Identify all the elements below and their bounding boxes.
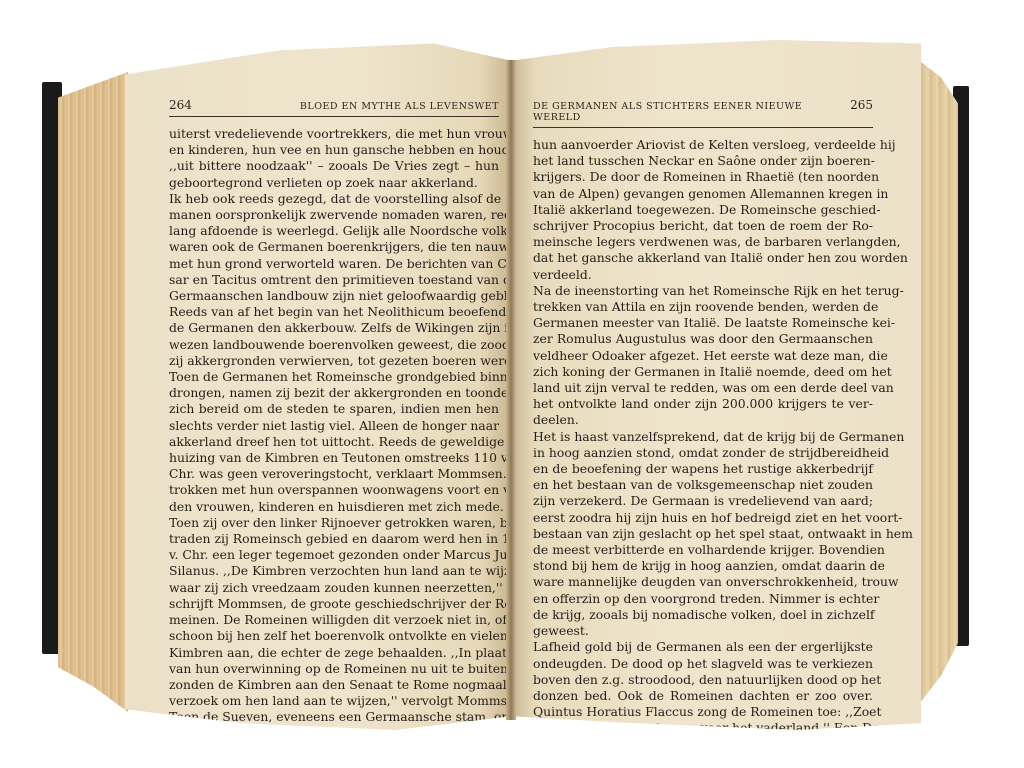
text-line: den vrouwen, kinderen en huisdieren met … (169, 499, 499, 515)
text-line: waren ook de Germanen boerenkrijgers, di… (169, 239, 499, 255)
text-line: zijn verzekerd. De Germaan is vredelieve… (533, 493, 873, 509)
text-line: schrijver Procopius bericht, dat toen de… (533, 218, 873, 234)
right-body-text: hun aanvoerder Ariovist de Kelten verslo… (533, 137, 873, 730)
text-line: Chr. was geen veroveringstocht, verklaar… (169, 466, 499, 482)
text-line: Toen de Germanen het Romeinsche grondgeb… (169, 369, 499, 385)
text-line: Ik heb ook reeds gezegd, dat de voorstel… (169, 191, 499, 207)
text-line: donzen bed. Ook de Romeinen dachten er z… (533, 688, 873, 704)
text-line: zich bereid om de steden te sparen, indi… (169, 401, 499, 417)
text-line: stond bij hem de krijg in hoog aanzien, … (533, 558, 873, 574)
text-line: Germaanschen landbouw zijn niet geloofwa… (169, 288, 499, 304)
running-title: BLOED EN MYTHE ALS LEVENSWET (300, 101, 499, 112)
open-book: 264 BLOED EN MYTHE ALS LEVENSWET uiterst… (0, 0, 1024, 768)
text-line: zer Romulus Augustulus was door den Germ… (533, 331, 873, 347)
text-line: Na de ineenstorting van het Romeinsche R… (533, 283, 873, 299)
text-line: krijgers. De door de Romeinen in Rhaetië… (533, 169, 873, 185)
text-line: zich koning der Germanen in Italië noemd… (533, 364, 873, 380)
book-gutter (506, 60, 516, 720)
text-line: de krijg, zooals bij nomadische volken, … (533, 607, 873, 623)
text-line: v. Chr. een leger tegemoet gezonden onde… (169, 547, 499, 563)
left-page: 264 BLOED EN MYTHE ALS LEVENSWET uiterst… (125, 40, 511, 730)
text-line: hun aanvoerder Ariovist de Kelten verslo… (533, 137, 873, 153)
text-line: manen oorspronkelijk zwervende nomaden w… (169, 207, 499, 223)
text-line: dat het gansche akkerland van Italië ond… (533, 250, 873, 266)
page-number: 265 (850, 98, 873, 112)
text-line: ondeugden. De dood op het slagveld was t… (533, 656, 873, 672)
text-line: Lafheid gold bij de Germanen als een der… (533, 639, 873, 655)
text-line: waar zij zich vreedzaam zouden kunnen ne… (169, 580, 499, 596)
text-line: met hun grond verworteld waren. De beric… (169, 256, 499, 272)
text-line: ,,uit bittere noodzaak'' – zooals De Vri… (169, 158, 499, 174)
left-running-head: 264 BLOED EN MYTHE ALS LEVENSWET (169, 98, 499, 117)
text-line: het ontvolkte land onder zijn 200.000 kr… (533, 396, 873, 412)
text-line: is en roemvol, het sterven voor het vade… (533, 720, 873, 730)
right-page: DE GERMANEN ALS STICHTERS EENER NIEUWE W… (511, 40, 921, 730)
text-line: bestaan van zijn geslacht op het spel st… (533, 526, 873, 542)
text-line: Toen zij over den linker Rijnoever getro… (169, 515, 499, 531)
text-line: geweest. (533, 623, 873, 639)
text-line: deelen. (533, 412, 873, 428)
text-line: trekken van Attila en zijn roovende bend… (533, 299, 873, 315)
text-line: Silanus. ,,De Kimbren verzochten hun lan… (169, 563, 499, 579)
text-line: schoon bij hen zelf het boerenvolk ontvo… (169, 628, 499, 644)
text-line: zonden de Kimbren aan den Senaat te Rome… (169, 677, 499, 693)
text-line: Het is haast vanzelfsprekend, dat de kri… (533, 429, 873, 445)
text-line: wezen landbouwende boerenvolken geweest,… (169, 337, 499, 353)
text-line: het land tusschen Neckar en Saône onder … (533, 153, 873, 169)
text-line: eerst zoodra hij zijn huis en hof bedrei… (533, 510, 873, 526)
text-line: van hun overwinning op de Romeinen nu ui… (169, 661, 499, 677)
text-line: huizing van de Kimbren en Teutonen omstr… (169, 450, 499, 466)
text-line: de Germanen den akkerbouw. Zelfs de Wiki… (169, 320, 499, 336)
text-line: akkerland dreef hen tot uittocht. Reeds … (169, 434, 499, 450)
text-line: traden zij Romeinsch gebied en daarom we… (169, 531, 499, 547)
text-line: verdeeld. (533, 267, 873, 283)
running-title: DE GERMANEN ALS STICHTERS EENER NIEUWE W… (533, 101, 850, 123)
page-edges-left (58, 72, 128, 712)
text-line: zij akkergronden verwierven, tot gezeten… (169, 353, 499, 369)
text-line: trokken met hun overspannen woonwagens v… (169, 482, 499, 498)
text-line: en de beoefening der wapens het rustige … (533, 461, 873, 477)
text-line: Kimbren aan, die echter de zege behaalde… (169, 645, 499, 661)
text-line: slechts verder niet lastig viel. Alleen … (169, 418, 499, 434)
text-line: en kinderen, hun vee en hun gansche hebb… (169, 142, 499, 158)
left-page-content: 264 BLOED EN MYTHE ALS LEVENSWET uiterst… (169, 98, 499, 726)
text-line: lang afdoende is weerlegd. Gelijk alle N… (169, 223, 499, 239)
page-edges-right (916, 58, 958, 708)
text-line: in hoog aanzien stond, omdat zonder de s… (533, 445, 873, 461)
text-line: meinen. De Romeinen willigden dit verzoe… (169, 612, 499, 628)
text-line: veldheer Odoaker afgezet. Het eerste wat… (533, 348, 873, 364)
text-line: Germanen meester van Italië. De laatste … (533, 315, 873, 331)
text-line: Reeds van af het begin van het Neolithic… (169, 304, 499, 320)
text-line: verzoek om hen land aan te wijzen,'' ver… (169, 693, 499, 709)
left-body-text: uiterst vredelievende voortrekkers, die … (169, 126, 499, 726)
text-line: land uit zijn verval te redden, was om e… (533, 380, 873, 396)
text-line: van de Alpen) gevangen genomen Allemanne… (533, 186, 873, 202)
text-line: drongen, namen zij bezit der akkergronde… (169, 385, 499, 401)
text-line: meinsche legers verdwenen was, de barbar… (533, 234, 873, 250)
right-page-content: DE GERMANEN ALS STICHTERS EENER NIEUWE W… (533, 98, 873, 730)
text-line: en offerzin op den voorgrond treden. Nim… (533, 591, 873, 607)
text-line: boven den z.g. stroodood, den natuurlijk… (533, 672, 873, 688)
text-line: schrijft Mommsen, de groote geschiedschr… (169, 596, 499, 612)
text-line: Italië akkerland toegewezen. De Romeinsc… (533, 202, 873, 218)
text-line: en het bestaan van de volksgemeenschap n… (533, 477, 873, 493)
text-line: uiterst vredelievende voortrekkers, die … (169, 126, 499, 142)
right-running-head: DE GERMANEN ALS STICHTERS EENER NIEUWE W… (533, 98, 873, 128)
text-line: Toen de Sueven, eveneens een Germaansche… (169, 709, 499, 725)
text-line: de meest verbitterde en volhardende krij… (533, 542, 873, 558)
text-line: sar en Tacitus omtrent den primitieven t… (169, 272, 499, 288)
text-line: Quintus Horatius Flaccus zong de Romeine… (533, 704, 873, 720)
page-number: 264 (169, 98, 192, 112)
text-line: geboortegrond verlieten op zoek naar akk… (169, 175, 499, 191)
text-line: ware mannelijke deugden van onverschrokk… (533, 574, 873, 590)
